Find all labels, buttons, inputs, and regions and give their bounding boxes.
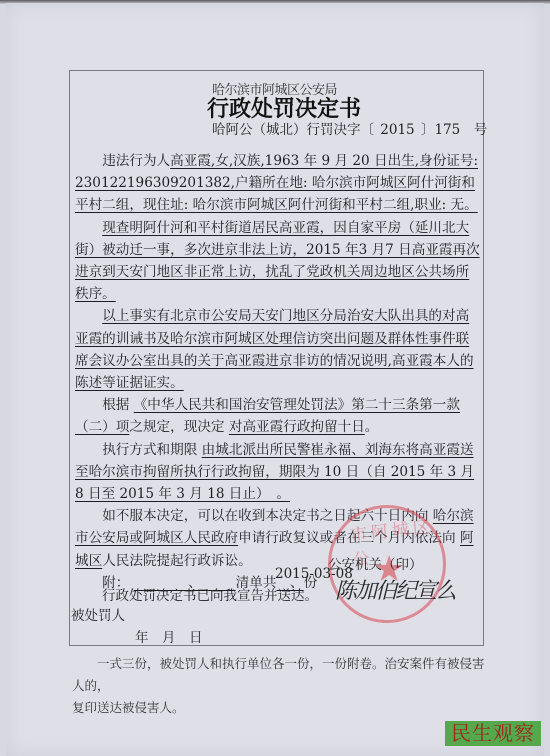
legal-basis-paragraph: 根据 《中华人民共和国治安管理处罚法》第二十三条第一款（二）项之规定，现决定 对… [75, 394, 480, 438]
footnote-line-1: 一式三份，被处罚人和执行单位各一份，一份附卷。治安案件有被侵害人的， [72, 653, 492, 697]
decision-end: 。 [365, 419, 379, 435]
decision-text: 对高亚霞行政拘留十日 [229, 419, 365, 435]
legal-basis-prefix: 根据 [102, 397, 129, 413]
punished-person-label: 被处罚人 [71, 604, 125, 624]
offender-lead: 违法行为人 [102, 153, 170, 169]
execution-paragraph: 执行方式和期限 由城北派出所民警崔永福、刘海东将高亚霞送至哈尔滨市拘留所执行行政… [75, 439, 480, 506]
evidence-text: 以上事实有北京市公安局天安门地区分局治安大队出具的对高亚霞的训诫书及哈尔滨市阿城… [75, 308, 474, 391]
footnote-line-2: 复印送达被侵害人。 [72, 697, 492, 719]
facts-paragraph: 现查明阿什河和平村街道居民高亚霞，因自家平房（延川北大街）被动迁一事，多次进京非… [75, 217, 480, 306]
facts-text: 现查明阿什河和平村街道居民高亚霞，因自家平房（延川北大街）被动迁一事，多次进京非… [75, 220, 480, 303]
served-statement: 行政处罚决定书已向我宣告并送达。 [102, 584, 318, 604]
footnote: 一式三份，被处罚人和执行单位各一份，一份附卷。治安案件有被侵害人的， 复印送达被… [72, 653, 492, 719]
appeal-end: 人民法院提起行政诉讼。 [102, 553, 252, 569]
service-date-placeholder: 年 月 日 [135, 626, 203, 646]
document-number: 哈阿公（城北）行罚决字〔 2015 〕175 号 [212, 118, 487, 138]
handwritten-signature: 陈加伯纪宣么 [335, 574, 455, 605]
legal-basis-suffix: 之规定，现决定 [129, 419, 224, 435]
execution-lead: 执行方式和期限 [102, 442, 197, 458]
watermark-badge: 民生观察 [445, 721, 541, 746]
evidence-paragraph: 以上事实有北京市公安局天安门地区分局治安大队出具的对高亚霞的训诫书及哈尔滨市阿城… [75, 305, 480, 394]
offender-paragraph: 违法行为人高亚霞,女,汉族,1963 年 9 月 20 日出生,身份证号: 23… [75, 150, 480, 217]
